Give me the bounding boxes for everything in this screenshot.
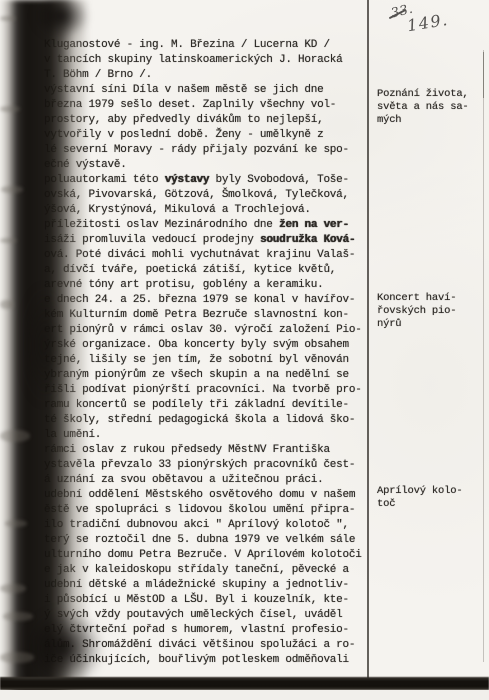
margin-note-1: Poznání života,světa a nás sa-mých bbox=[377, 88, 481, 127]
smudge bbox=[3, 612, 33, 621]
page-bottom-edge-band bbox=[0, 677, 489, 690]
scanner-background bbox=[0, 690, 489, 700]
smudge bbox=[0, 238, 17, 243]
margin-note-line: Aprílový kolo- bbox=[377, 485, 481, 498]
margin-divider-line bbox=[367, 0, 369, 679]
smudge bbox=[0, 584, 26, 593]
margin-note-line: nýrů bbox=[377, 318, 481, 331]
smudge bbox=[0, 652, 34, 663]
smudge bbox=[0, 430, 30, 442]
scan-right-edge-line-segment bbox=[483, 52, 484, 98]
margin-note-line: Poznání života, bbox=[377, 88, 481, 101]
smudge bbox=[0, 16, 16, 21]
margin-note-line: řovských pio- bbox=[377, 305, 481, 318]
margin-note-line: toč bbox=[377, 498, 481, 511]
binding-shadow-blob bbox=[16, 270, 72, 420]
smudge bbox=[0, 300, 14, 309]
margin-note-3: Aprílový kolo-toč bbox=[377, 485, 481, 511]
margin-note-line: světa a nás sa- bbox=[377, 101, 481, 114]
margin-note-line: mých bbox=[377, 114, 481, 127]
margin-note-line: Koncert haví- bbox=[377, 292, 481, 305]
smudge bbox=[5, 520, 27, 527]
smudge bbox=[0, 106, 20, 112]
scan-right-edge-line bbox=[483, 50, 484, 662]
smudge bbox=[1, 186, 23, 193]
margin-note-2: Koncert haví-řovských pio-nýrů bbox=[377, 292, 481, 331]
scanned-document-page: Kluganostové - ing. M. Březina / Lucerna… bbox=[0, 0, 489, 700]
